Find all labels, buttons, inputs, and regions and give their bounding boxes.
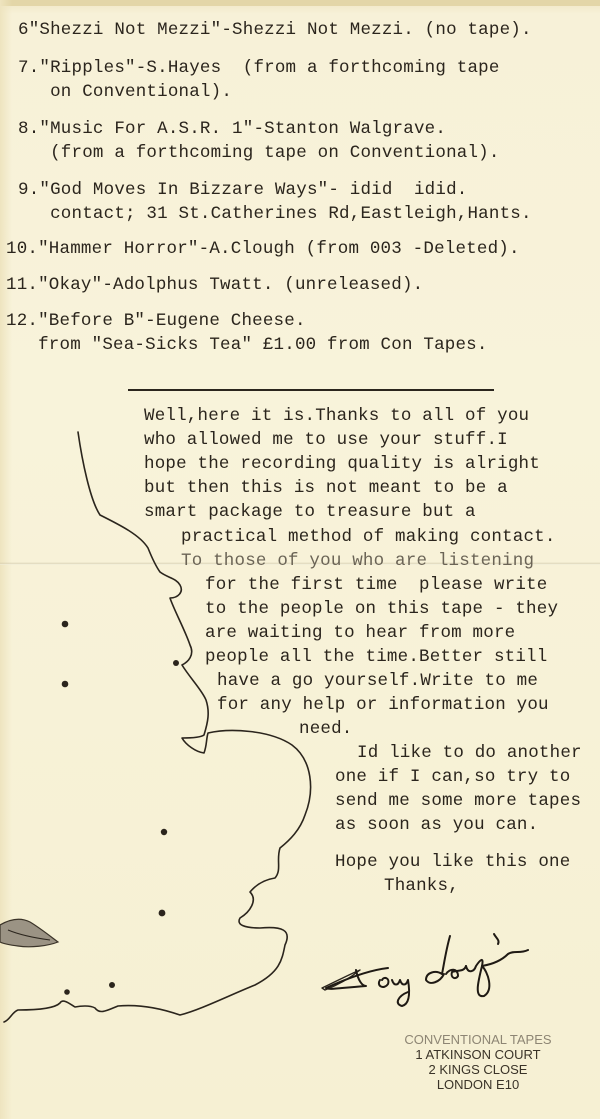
stamp-line: 2 KINGS CLOSE — [360, 1062, 596, 1077]
stamp-line: LONDON E10 — [360, 1077, 596, 1092]
letter-closing: Thanks, — [384, 874, 459, 898]
stamp-line: 1 ATKINSON COURT — [360, 1047, 596, 1062]
letter-line: practical method of making contact. — [181, 525, 556, 549]
letter-line: Id like to do another — [357, 741, 582, 765]
island-sketch — [0, 919, 58, 946]
letter-line: are waiting to hear from more — [205, 621, 515, 645]
address-stamp: CONVENTIONAL TAPES 1 ATKINSON COURT 2 KI… — [360, 1032, 596, 1092]
letter-line: Well,here it is.Thanks to all of you — [144, 404, 529, 428]
letter-page: 6"Shezzi Not Mezzi"-Shezzi Not Mezzi. (n… — [0, 0, 600, 1119]
letter-line: for the first time please write — [205, 573, 547, 597]
letter-line: but then this is not meant to be a — [144, 476, 508, 500]
letter-line: for any help or information you — [217, 693, 549, 717]
letter-line: who allowed me to use your stuff.I — [144, 428, 508, 452]
letter-line: To those of you who are listening — [181, 549, 534, 573]
letter-line: as soon as you can. — [335, 813, 538, 837]
signature-icon: Tony Clough — [318, 920, 558, 1010]
letter-line: people all the time.Better still — [205, 645, 547, 669]
letter-line: need. — [299, 717, 353, 741]
letter-line: Hope you like this one — [335, 850, 570, 874]
letter-line: smart package to treasure but a — [144, 500, 476, 524]
letter-line: send me some more tapes — [335, 789, 581, 813]
letter-line: have a go yourself.Write to me — [217, 669, 538, 693]
letter-line: to the people on this tape - they — [205, 597, 558, 621]
letter-line: one if I can,so try to — [335, 765, 570, 789]
stamp-line: CONVENTIONAL TAPES — [360, 1032, 596, 1047]
letter-line: hope the recording quality is alright — [144, 452, 540, 476]
